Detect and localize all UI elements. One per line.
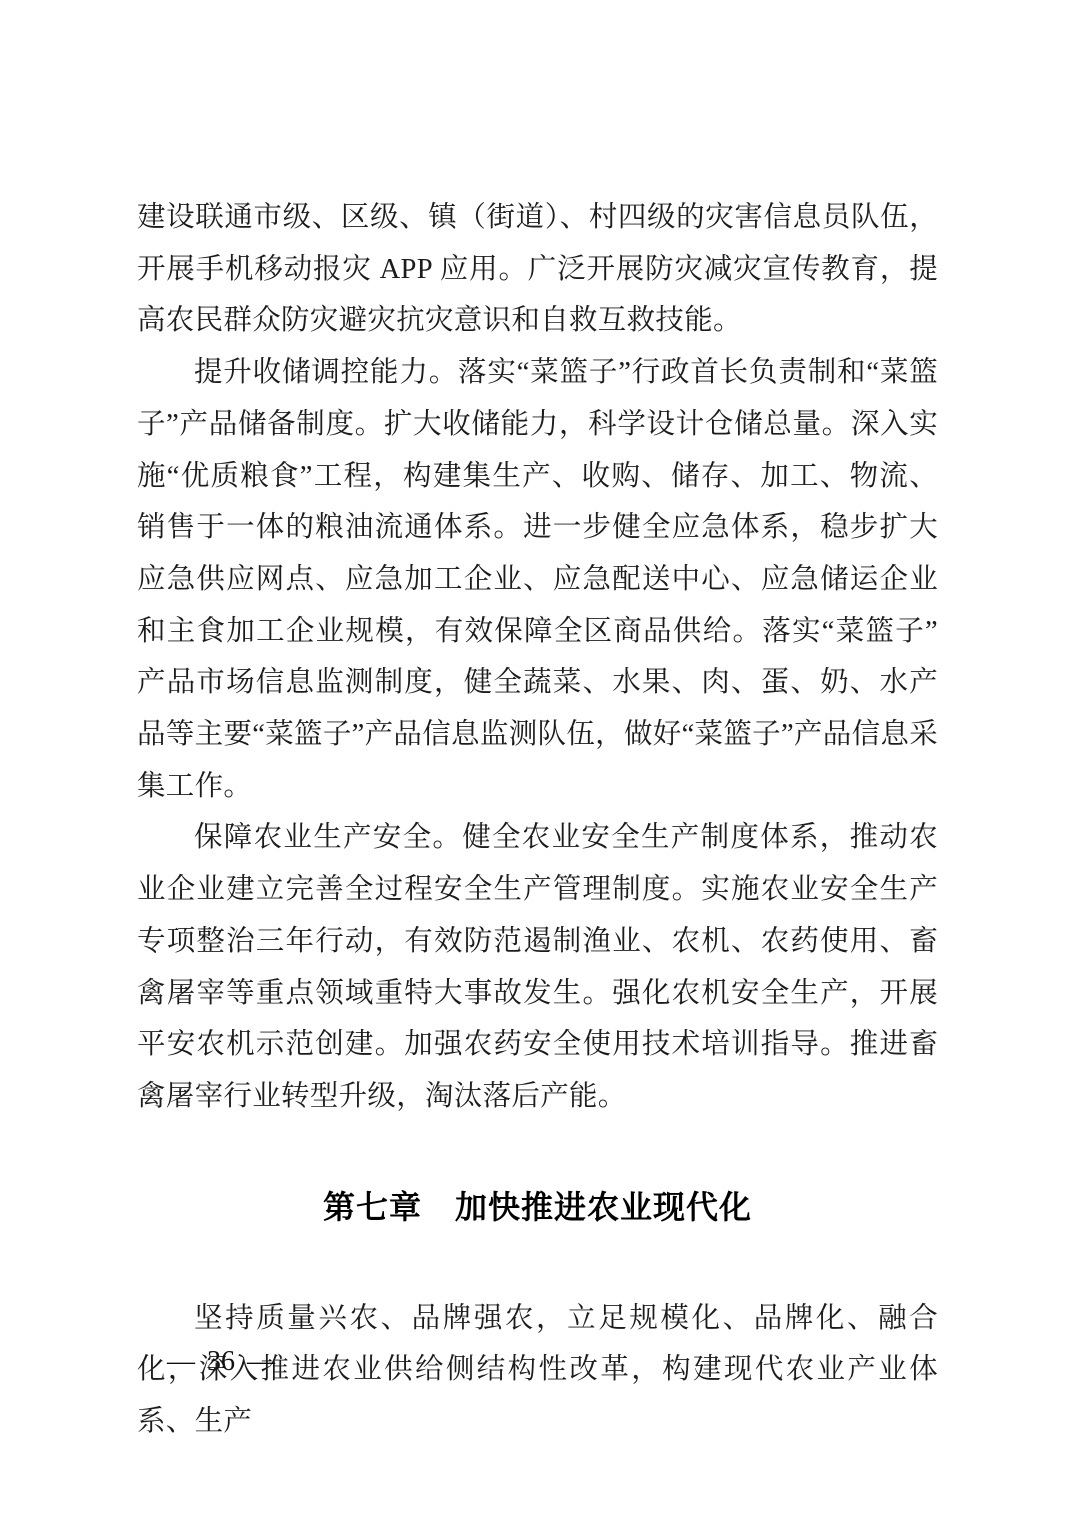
page-body-text: 建设联通市级、区级、镇（街道）、村四级的灾害信息员队伍，开展手机移动报灾 APP… (137, 192, 938, 1448)
page-number: —36— (155, 1344, 287, 1380)
paragraph-production-safety: 保障农业生产安全。健全农业安全生产制度体系，推动农业企业建立完善全过程安全生产管… (137, 812, 938, 1122)
document-page: 建设联通市级、区级、镇（街道）、村四级的灾害信息员队伍，开展手机移动报灾 APP… (0, 0, 1074, 1520)
chapter-heading: 第七章 加快推进农业现代化 (137, 1185, 938, 1229)
paragraph-storage-regulation: 提升收储调控能力。落实“菜篮子”行政首长负责制和“菜篮子”产品储备制度。扩大收储… (137, 347, 938, 812)
paragraph-continuation: 建设联通市级、区级、镇（街道）、村四级的灾害信息员队伍，开展手机移动报灾 APP… (137, 192, 938, 347)
page-number-right-dash: — (235, 1344, 287, 1380)
page-number-left-dash: — (155, 1344, 207, 1380)
page-number-value: 36 (207, 1346, 235, 1377)
